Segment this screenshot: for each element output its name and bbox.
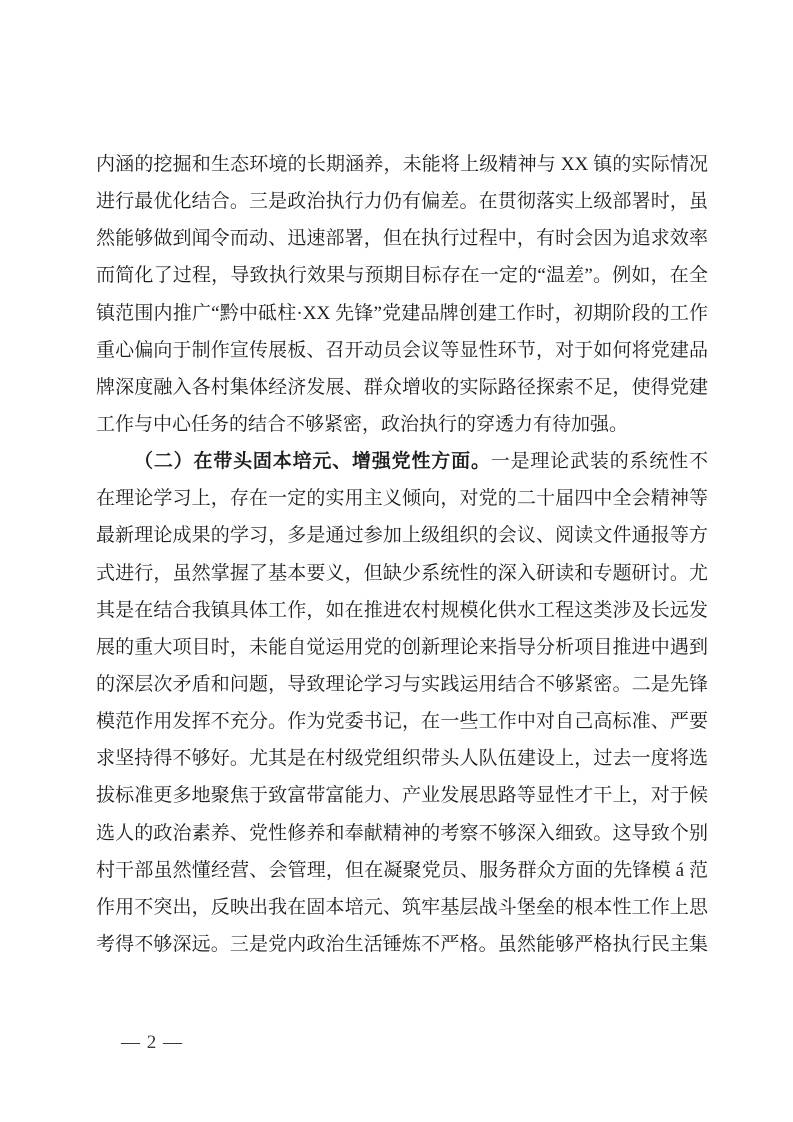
- body-line: 牌深度融入各村集体经济发展、群众增收的实际路径探索不足，使得党建: [96, 369, 708, 406]
- body-line: 考得不够深远。三是党内政治生活锤炼不严格。虽然能够严格执行民主集: [96, 926, 708, 963]
- body-line: 的深层次矛盾和问题，导致理论学习与实践运用结合不够紧密。二是先锋: [96, 666, 708, 703]
- line-text: 展的重大项目时，未能自觉运用党的创新理论来指导分析项目推进中遇到: [96, 637, 708, 658]
- body-line: 作用不突出，反映出我在固本培元、筑牢基层战斗堡垒的根本性工作上思: [96, 889, 708, 926]
- body-line: 在理论学习上，存在一定的实用主义倾向，对党的二十届四中全会精神等: [96, 480, 708, 517]
- line-text: 而简化了过程，导致执行效果与预期目标存在一定的“温差”。例如，在全: [96, 265, 708, 286]
- body-line: 式进行，虽然掌握了基本要义，但缺少系统性的深入研读和专题研讨。尤: [96, 555, 708, 592]
- line-text: 重心偏向于制作宣传展板、召开动员会议等显性环节，对于如何将党建品: [96, 340, 708, 361]
- line-text: 牌深度融入各村集体经济发展、群众增收的实际路径探索不足，使得党建: [96, 377, 708, 398]
- body-line: 镇范围内推广“黔中砥柱·XX 先锋”党建品牌创建工作时，初期阶段的工作: [96, 295, 708, 332]
- line-text: 工作与中心任务的结合不够紧密，政治执行的穿透力有待加强。: [96, 414, 628, 435]
- body-line: 选人的政治素养、党性修养和奉献精神的考察不够深入细致。这导致个别: [96, 815, 708, 852]
- line-text: 考得不够深远。三是党内政治生活锤炼不严格。虽然能够严格执行民主集: [96, 934, 708, 955]
- body-line: 然能够做到闻令而动、迅速部署，但在执行过程中，有时会因为追求效率: [96, 220, 708, 257]
- line-text: 拔标准更多地聚焦于致富带富能力、产业发展思路等显性才干上，对于候: [96, 785, 708, 806]
- body-line: 而简化了过程，导致执行效果与预期目标存在一定的“温差”。例如，在全: [96, 257, 708, 294]
- line-text: 最新理论成果的学习，多是通过参加上级组织的会议、阅读文件通报等方: [96, 525, 708, 546]
- body-line: 展的重大项目时，未能自觉运用党的创新理论来指导分析项目推进中遇到: [96, 629, 708, 666]
- body-line: 重心偏向于制作宣传展板、召开动员会议等显性环节，对于如何将党建品: [96, 332, 708, 369]
- body-line: 求坚持得不够好。尤其是在村级党组织带头人队伍建设上，过去一度将选: [96, 740, 708, 777]
- line-text: 的深层次矛盾和问题，导致理论学习与实践运用结合不够紧密。二是先锋: [96, 674, 708, 695]
- section-heading: （二）在带头固本培元、增强党性方面。: [134, 451, 491, 472]
- body-line: 最新理论成果的学习，多是通过参加上级组织的会议、阅读文件通报等方: [96, 517, 708, 554]
- line-text: 其是在结合我镇具体工作，如在推进农村规模化供水工程这类涉及长远发: [96, 600, 708, 621]
- line-text: 选人的政治素养、党性修养和奉献精神的考察不够深入细致。这导致个别: [96, 823, 708, 844]
- line-text: 村干部虽然懂经营、会管理，但在凝聚党员、服务群众方面的先锋模 á 范: [96, 860, 708, 881]
- line-text: 作用不突出，反映出我在固本培元、筑牢基层战斗堡垒的根本性工作上思: [96, 897, 708, 918]
- line-text: 进行最优化结合。三是政治执行力仍有偏差。在贯彻落实上级部署时，虽: [96, 191, 708, 212]
- document-page: 内涵的挖掘和生态环境的长期涵养，未能将上级精神与 XX 镇的实际情况 进行最优化…: [0, 0, 793, 1122]
- body-line: 拔标准更多地聚焦于致富带富能力、产业发展思路等显性才干上，对于候: [96, 777, 708, 814]
- line-text: 求坚持得不够好。尤其是在村级党组织带头人队伍建设上，过去一度将选: [96, 748, 708, 769]
- body-line: 进行最优化结合。三是政治执行力仍有偏差。在贯彻落实上级部署时，虽: [96, 183, 708, 220]
- body-line: 内涵的挖掘和生态环境的长期涵养，未能将上级精神与 XX 镇的实际情况: [96, 146, 708, 183]
- line-text: 然能够做到闻令而动、迅速部署，但在执行过程中，有时会因为追求效率: [96, 228, 708, 249]
- body-line: 其是在结合我镇具体工作，如在推进农村规模化供水工程这类涉及长远发: [96, 592, 708, 629]
- line-text: 在理论学习上，存在一定的实用主义倾向，对党的二十届四中全会精神等: [96, 488, 708, 509]
- body-line: 模范作用发挥不充分。作为党委书记，在一些工作中对自己高标准、严要: [96, 703, 708, 740]
- line-text: 内涵的挖掘和生态环境的长期涵养，未能将上级精神与 XX 镇的实际情况: [96, 154, 708, 175]
- page-number: — 2 —: [121, 1031, 183, 1055]
- line-text: 式进行，虽然掌握了基本要义，但缺少系统性的深入研读和专题研讨。尤: [96, 563, 708, 584]
- body-text: 内涵的挖掘和生态环境的长期涵养，未能将上级精神与 XX 镇的实际情况 进行最优化…: [96, 146, 708, 963]
- line-text: 模范作用发挥不充分。作为党委书记，在一些工作中对自己高标准、严要: [96, 711, 708, 732]
- body-line: 工作与中心任务的结合不够紧密，政治执行的穿透力有待加强。: [96, 406, 708, 443]
- body-line: （二）在带头固本培元、增强党性方面。一是理论武装的系统性不够。: [96, 443, 708, 480]
- body-line: 村干部虽然懂经营、会管理，但在凝聚党员、服务群众方面的先锋模 á 范: [96, 852, 708, 889]
- line-text: 镇范围内推广“黔中砥柱·XX 先锋”党建品牌创建工作时，初期阶段的工作: [96, 303, 708, 324]
